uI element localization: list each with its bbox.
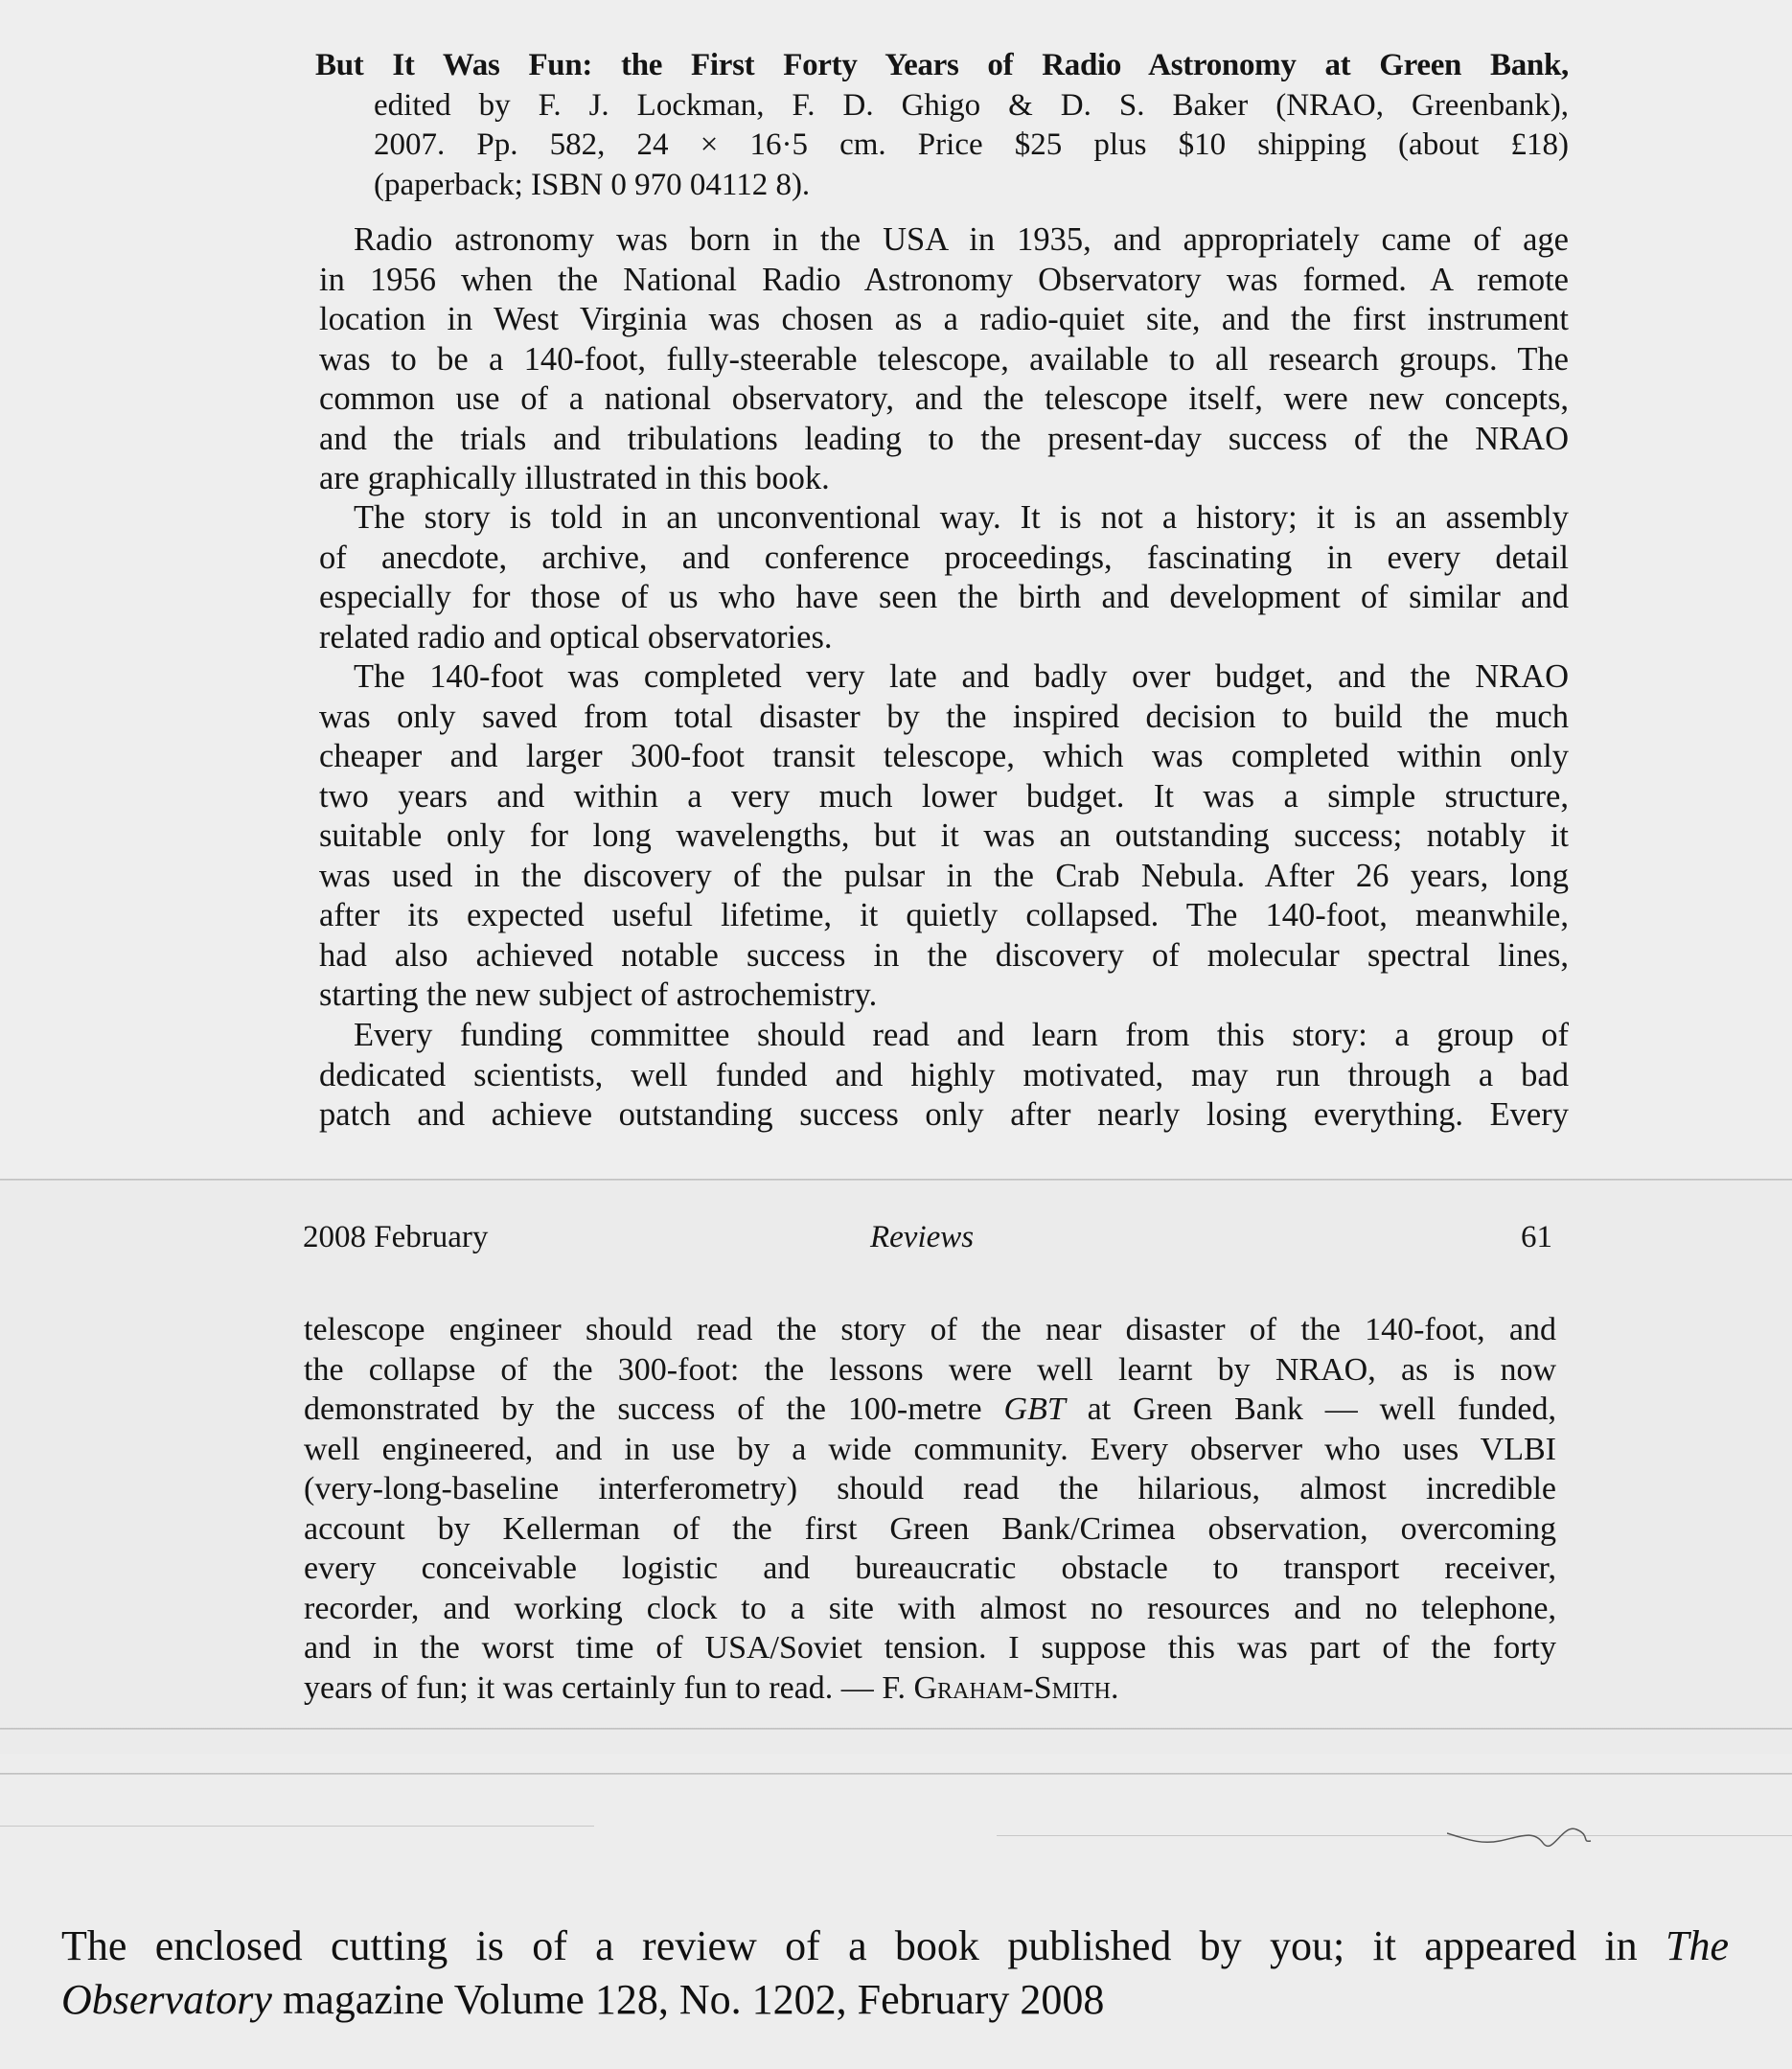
text-line: of anecdote, archive, and conference pro… <box>319 539 1569 579</box>
bibliographic-line: 2007. Pp. 582, 24 × 16·5 cm. Price $25 p… <box>315 126 1569 166</box>
text-line: was only saved from total disaster by th… <box>319 698 1569 738</box>
text-line: was used in the discovery of the pulsar … <box>319 857 1569 897</box>
review-paragraph-2: The story is told in an unconventional w… <box>319 498 1569 657</box>
text-line: common use of a national observatory, an… <box>319 379 1569 420</box>
paper-edge-line <box>0 1826 594 1827</box>
text-line: Every funding committee should read and … <box>319 1016 1569 1056</box>
cover-note: The enclosed cutting is of a review of a… <box>61 1920 1729 2027</box>
bibliographic-line: edited by F. J. Lockman, F. D. Ghigo & D… <box>315 86 1569 126</box>
review-continuation: telescope engineer should read the story… <box>304 1310 1556 1708</box>
text-line: dedicated scientists, well funded and hi… <box>319 1056 1569 1096</box>
text-line: demonstrated by the success of the 100-m… <box>304 1390 1556 1430</box>
pen-scribble-mark <box>1447 1826 1715 1864</box>
text-line: are graphically illustrated in this book… <box>319 459 1569 499</box>
book-title: But It Was Fun: the First Forty Years of… <box>315 46 1569 86</box>
text-line: location in West Virginia was chosen as … <box>319 300 1569 340</box>
text-line: the collapse of the 300-foot: the lesson… <box>304 1350 1556 1391</box>
page-number: 61 <box>1521 1218 1552 1256</box>
text-line: in 1956 when the National Radio Astronom… <box>319 261 1569 301</box>
text-line: and the trials and tribulations leading … <box>319 420 1569 460</box>
paper-fold-line <box>0 1179 1792 1181</box>
paper-fold-line <box>0 1773 1792 1775</box>
text-line: suitable only for long wavelengths, but … <box>319 816 1569 857</box>
text-line: The 140-foot was completed very late and… <box>319 657 1569 698</box>
issue-date: 2008 February <box>303 1218 488 1256</box>
text-line: (very-long-baseline interferometry) shou… <box>304 1469 1556 1509</box>
review-paragraph-3: The 140-foot was completed very late and… <box>319 657 1569 1016</box>
cover-note-line: The enclosed cutting is of a review of a… <box>61 1920 1729 1973</box>
text-fragment: magazine Volume 128, No. 1202, February … <box>272 1976 1104 2023</box>
text-fragment: The enclosed cutting is of a review of a… <box>61 1922 1666 1969</box>
review-paragraph-4: Every funding committee should read and … <box>319 1016 1569 1136</box>
review-paragraph-1: Radio astronomy was born in the USA in 1… <box>319 220 1569 499</box>
text-line: years of fun; it was certainly fun to re… <box>304 1668 1556 1709</box>
text-line: account by Kellerman of the first Green … <box>304 1509 1556 1550</box>
section-name: Reviews <box>870 1218 974 1256</box>
text-fragment: demonstrated by the success of the 100-m… <box>304 1391 1004 1427</box>
text-line: well engineered, and in use by a wide co… <box>304 1430 1556 1470</box>
text-line: had also achieved notable success in the… <box>319 936 1569 977</box>
text-line: The story is told in an unconventional w… <box>319 498 1569 539</box>
text-line: was to be a 140-foot, fully-steerable te… <box>319 340 1569 380</box>
text-line: recorder, and working clock to a site wi… <box>304 1589 1556 1629</box>
text-fragment: years of fun; it was certainly fun to re… <box>304 1670 882 1706</box>
text-line: telescope engineer should read the story… <box>304 1310 1556 1350</box>
text-line: after its expected useful lifetime, it q… <box>319 896 1569 936</box>
review-heading: But It Was Fun: the First Forty Years of… <box>315 46 1569 205</box>
text-line: especially for those of us who have seen… <box>319 578 1569 618</box>
journal-name: Observatory <box>61 1976 272 2023</box>
text-line: Radio astronomy was born in the USA in 1… <box>319 220 1569 261</box>
paper-fold-line <box>0 1728 1792 1730</box>
journal-name: The <box>1666 1922 1729 1969</box>
text-line: two years and within a very much lower b… <box>319 777 1569 817</box>
cover-note-line: Observatory magazine Volume 128, No. 120… <box>61 1973 1729 2027</box>
telescope-name: GBT <box>1004 1391 1066 1427</box>
text-line: starting the new subject of astrochemist… <box>319 976 1569 1016</box>
bibliographic-line: (paperback; ISBN 0 970 04112 8). <box>315 166 1569 206</box>
reviewer-signature: F. Graham-Smith. <box>882 1670 1118 1706</box>
text-line: related radio and optical observatories. <box>319 618 1569 658</box>
text-line: patch and achieve outstanding success on… <box>319 1095 1569 1136</box>
text-line: every conceivable logistic and bureaucra… <box>304 1549 1556 1589</box>
text-fragment: at Green Bank — well funded, <box>1066 1391 1556 1427</box>
text-line: and in the worst time of USA/Soviet tens… <box>304 1628 1556 1668</box>
text-line: cheaper and larger 300-foot transit tele… <box>319 737 1569 777</box>
